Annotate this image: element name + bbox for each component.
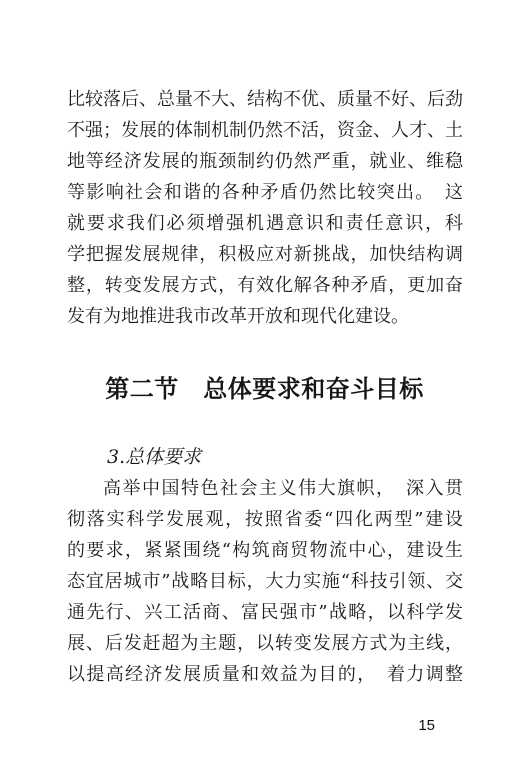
text-line: 比较落后、总量不大、结构不优、质量不好、后劲 [67, 84, 463, 115]
text-line: 态宜居城市”战略目标，大力实施“科技引领、交 [67, 566, 463, 597]
paragraph-1: 比较落后、总量不大、结构不优、质量不好、后劲 不强；发展的体制机制仍然不活，资金… [67, 84, 463, 332]
text-line: 学把握发展规律，积极应对新挑战，加快结构调 [67, 239, 463, 270]
text-line: 彻落实科学发展观，按照省委“四化两型”建设 [67, 504, 463, 535]
text-line: 通先行、兴工活商、富民强市”战略，以科学发 [67, 597, 463, 628]
text-line: 以提高经济发展质量和效益为目的， 着力调整 [67, 659, 463, 690]
text-line: 展、后发赶超为主题，以转变发展方式为主线， [67, 628, 463, 659]
text-line: 等影响社会和谐的各种矛盾仍然比较突出。 这 [67, 177, 463, 208]
text-line: 发有为地推进我市改革开放和现代化建设。 [67, 301, 463, 332]
section-heading: 第二节 总体要求和奋斗目标 [0, 372, 529, 406]
text-line: 的要求，紧紧围绕“构筑商贸物流中心，建设生 [67, 535, 463, 566]
text-line: 高举中国特色社会主义伟大旗帜， 深入贯 [67, 473, 463, 504]
text-line: 不强；发展的体制机制仍然不活，资金、人才、土 [67, 115, 463, 146]
text-line: 地等经济发展的瓶颈制约仍然严重，就业、维稳 [67, 146, 463, 177]
subsection-heading: 3.总体要求 [67, 442, 529, 473]
paragraph-2: 高举中国特色社会主义伟大旗帜， 深入贯 彻落实科学发展观，按照省委“四化两型”建… [67, 473, 463, 690]
text-line: 就要求我们必须增强机遇意识和责任意识，科 [67, 208, 463, 239]
book-page: 比较落后、总量不大、结构不优、质量不好、后劲 不强；发展的体制机制仍然不活，资金… [0, 0, 529, 774]
text-line: 整，转变发展方式，有效化解各种矛盾，更加奋 [67, 270, 463, 301]
page-number: 15 [418, 718, 435, 733]
